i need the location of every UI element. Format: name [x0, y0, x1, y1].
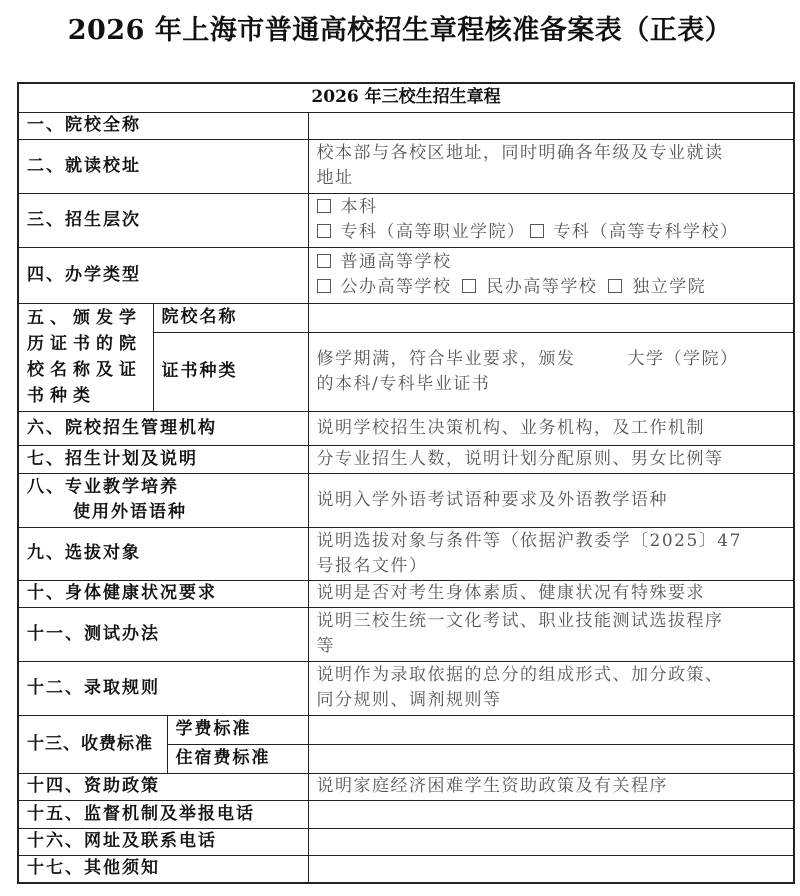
checkbox-undergraduate[interactable]	[317, 199, 331, 213]
field-accommodation-fee[interactable]	[308, 744, 794, 773]
testing-method-hint-line2: 等	[317, 634, 786, 659]
field-selection-target[interactable]: 说明选拔对象与条件等（依据沪教委学〔2025〕47 号报名文件）	[308, 527, 794, 580]
campus-address-hint-line1: 校本部与各校区地址，同时明确各年级及专业就读	[317, 141, 786, 166]
label-health-requirements: 十、身体健康状况要求	[18, 580, 308, 607]
field-foreign-language[interactable]: 说明入学外语考试语种要求及外语教学语种	[308, 473, 794, 527]
field-admission-office[interactable]: 说明学校招生决策机构、业务机构，及工作机制	[308, 411, 794, 445]
field-issuing-school-name[interactable]	[308, 303, 794, 332]
foreign-language-label-line2: 使用外语语种	[27, 500, 300, 525]
field-financial-aid[interactable]: 说明家庭经济困难学生资助政策及有关程序	[308, 773, 794, 800]
label-other-notes: 十七、其他须知	[18, 855, 308, 883]
label-supervision-hotline: 十五、监督机制及举报电话	[18, 800, 308, 828]
label-school-type: 四、办学类型	[18, 247, 308, 303]
checkbox-independent-college[interactable]	[608, 279, 622, 293]
row-certificate-school-name: 五、颁发学历证书的院校名称及证书种类 院校名称	[18, 303, 794, 332]
row-health-requirements: 十、身体健康状况要求 说明是否对考生身体素质、健康状况有特殊要求	[18, 580, 794, 607]
admission-rules-hint-line1: 说明作为录取依据的总分的组成形式、加分政策、	[317, 663, 786, 688]
filing-form-table: 2026 年三校生招生章程 一、院校全称 二、就读校址 校本部与各校区地址，同时…	[17, 82, 795, 884]
field-school-full-name[interactable]	[308, 112, 794, 139]
option-private-university: 民办高等学校	[486, 277, 597, 297]
certificate-hint-part1: 修学期满，符合毕业要求，颁发	[317, 349, 576, 369]
checkbox-public-university[interactable]	[317, 279, 331, 293]
option-vocational-college: 专科（高等职业学院）	[341, 222, 526, 242]
field-certificate-type[interactable]: 修学期满，符合毕业要求，颁发大学（学院） 的本科/专科毕业证书	[308, 332, 794, 411]
label-selection-target: 九、选拔对象	[18, 527, 308, 580]
label-admission-rules: 十二、录取规则	[18, 661, 308, 715]
option-independent-college: 独立学院	[632, 277, 706, 297]
field-testing-method[interactable]: 说明三校生统一文化考试、职业技能测试选拔程序 等	[308, 607, 794, 661]
label-financial-aid: 十四、资助政策	[18, 773, 308, 800]
document-title: 2026 年上海市普通高校招生章程核准备案表（正表）	[0, 8, 800, 47]
selection-target-hint-line1: 说明选拔对象与条件等（依据沪教委学〔2025〕47	[317, 529, 786, 554]
option-public-university: 公办高等学校	[341, 277, 452, 297]
row-admission-rules: 十二、录取规则 说明作为录取依据的总分的组成形式、加分政策、 同分规则、调剂规则…	[18, 661, 794, 715]
label-admission-office: 六、院校招生管理机构	[18, 411, 308, 445]
label-issuing-school-name: 院校名称	[153, 303, 308, 332]
checkbox-vocational-college[interactable]	[317, 224, 331, 238]
table-header: 2026 年三校生招生章程	[18, 83, 794, 112]
label-fee-standards: 十三、收费标准	[18, 715, 167, 773]
field-website-contact[interactable]	[308, 828, 794, 855]
campus-address-hint-line2: 地址	[317, 166, 786, 191]
option-undergraduate: 本科	[341, 197, 378, 217]
field-health-requirements[interactable]: 说明是否对考生身体素质、健康状况有特殊要求	[308, 580, 794, 607]
certificate-hint-part2: 大学（学院）	[628, 349, 739, 369]
testing-method-hint-line1: 说明三校生统一文化考试、职业技能测试选拔程序	[317, 609, 786, 634]
row-website-contact: 十六、网址及联系电话	[18, 828, 794, 855]
label-accommodation-fee: 住宿费标准	[167, 744, 308, 773]
field-supervision-hotline[interactable]	[308, 800, 794, 828]
checkbox-regular-university[interactable]	[317, 254, 331, 268]
table-header-row: 2026 年三校生招生章程	[18, 83, 794, 112]
row-supervision-hotline: 十五、监督机制及举报电话	[18, 800, 794, 828]
field-enrollment-plan[interactable]: 分专业招生人数，说明计划分配原则、男女比例等	[308, 445, 794, 473]
field-enrollment-level: 本科 专科（高等职业学院）专科（高等专科学校）	[308, 193, 794, 247]
selection-target-hint-line2: 号报名文件）	[317, 554, 786, 579]
field-tuition-fee[interactable]	[308, 715, 794, 744]
row-school-type: 四、办学类型 普通高等学校 公办高等学校 民办高等学校 独立学院	[18, 247, 794, 303]
row-tuition-fee: 十三、收费标准 学费标准	[18, 715, 794, 744]
row-enrollment-level: 三、招生层次 本科 专科（高等职业学院）专科（高等专科学校）	[18, 193, 794, 247]
checkbox-junior-college[interactable]	[530, 224, 544, 238]
label-testing-method: 十一、测试办法	[18, 607, 308, 661]
label-certificate-issuer: 五、颁发学历证书的院校名称及证书种类	[18, 303, 153, 411]
row-school-full-name: 一、院校全称	[18, 112, 794, 139]
field-admission-rules[interactable]: 说明作为录取依据的总分的组成形式、加分政策、 同分规则、调剂规则等	[308, 661, 794, 715]
row-campus-address: 二、就读校址 校本部与各校区地址，同时明确各年级及专业就读 地址	[18, 139, 794, 193]
label-enrollment-plan: 七、招生计划及说明	[18, 445, 308, 473]
option-regular-university: 普通高等学校	[341, 252, 452, 272]
field-campus-address[interactable]: 校本部与各校区地址，同时明确各年级及专业就读 地址	[308, 139, 794, 193]
label-foreign-language: 八、专业教学培养 使用外语语种	[18, 473, 308, 527]
certificate-hint-line2: 的本科/专科毕业证书	[317, 372, 786, 397]
checkbox-private-university[interactable]	[462, 279, 476, 293]
row-financial-aid: 十四、资助政策 说明家庭经济困难学生资助政策及有关程序	[18, 773, 794, 800]
row-other-notes: 十七、其他须知	[18, 855, 794, 883]
label-certificate-type: 证书种类	[153, 332, 308, 411]
row-admission-office: 六、院校招生管理机构 说明学校招生决策机构、业务机构，及工作机制	[18, 411, 794, 445]
row-selection-target: 九、选拔对象 说明选拔对象与条件等（依据沪教委学〔2025〕47 号报名文件）	[18, 527, 794, 580]
row-enrollment-plan: 七、招生计划及说明 分专业招生人数，说明计划分配原则、男女比例等	[18, 445, 794, 473]
admission-rules-hint-line2: 同分规则、调剂规则等	[317, 688, 786, 713]
foreign-language-label-line1: 八、专业教学培养	[27, 475, 300, 500]
label-enrollment-level: 三、招生层次	[18, 193, 308, 247]
row-foreign-language: 八、专业教学培养 使用外语语种 说明入学外语考试语种要求及外语教学语种	[18, 473, 794, 527]
label-tuition-fee: 学费标准	[167, 715, 308, 744]
field-school-type: 普通高等学校 公办高等学校 民办高等学校 独立学院	[308, 247, 794, 303]
label-school-full-name: 一、院校全称	[18, 112, 308, 139]
option-junior-college: 专科（高等专科学校）	[554, 222, 739, 242]
field-other-notes[interactable]	[308, 855, 794, 883]
label-campus-address: 二、就读校址	[18, 139, 308, 193]
row-testing-method: 十一、测试办法 说明三校生统一文化考试、职业技能测试选拔程序 等	[18, 607, 794, 661]
label-website-contact: 十六、网址及联系电话	[18, 828, 308, 855]
